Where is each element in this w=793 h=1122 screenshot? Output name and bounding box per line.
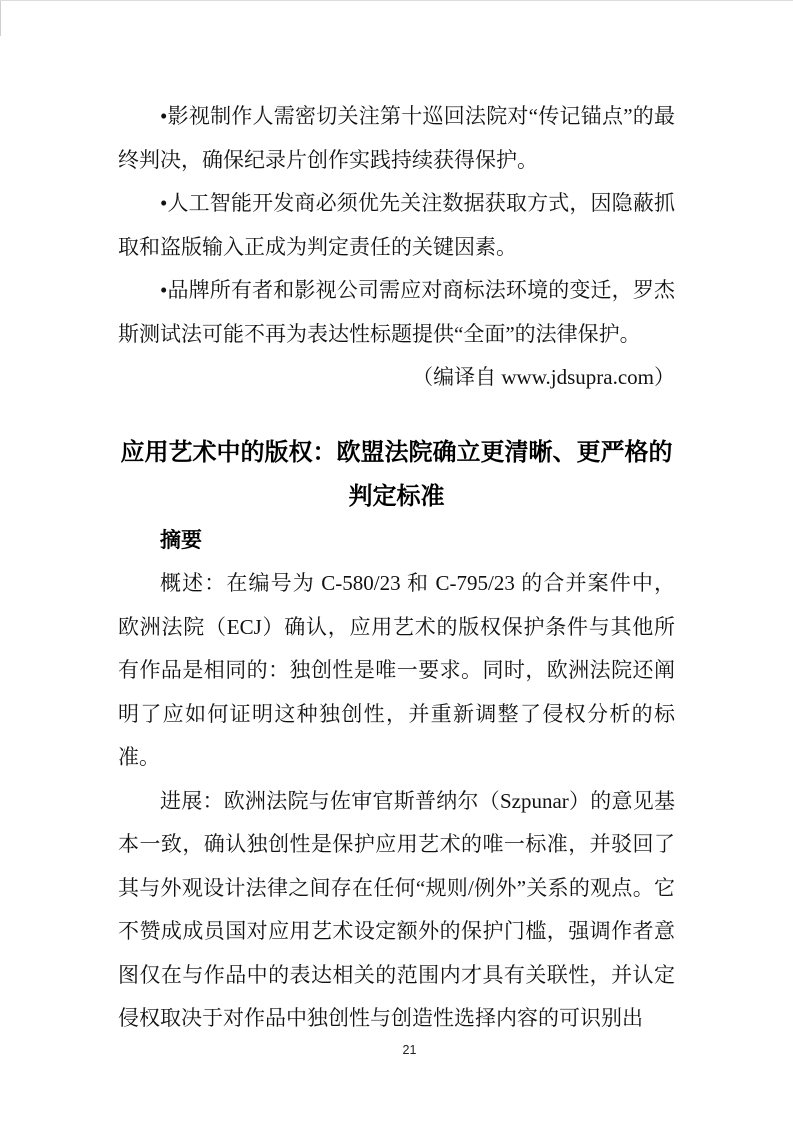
bullet-item-film-producers: •影视制作人需密切关注第十巡回法院对“传记锚点”的最终判决，确保纪录片创作实践持… xyxy=(118,95,675,182)
bullet-item-ai-developers: •人工智能开发商必须优先关注数据获取方式，因隐蔽抓取和盗版输入正成为判定责任的关… xyxy=(118,182,675,269)
source-attribution: （编译自 www.jdsupra.com） xyxy=(118,356,675,400)
page-content: •影视制作人需密切关注第十巡回法院对“传记锚点”的最终判决，确保纪录片创作实践持… xyxy=(118,95,675,1041)
page-number: 21 xyxy=(0,1042,793,1058)
article-title: 应用艺术中的版权：欧盟法院确立更清晰、更严格的判定标准 xyxy=(118,431,675,519)
bullet-item-brand-owners: •品牌所有者和影视公司需应对商标法环境的变迁，罗杰斯测试法可能不再为表达性标题提… xyxy=(118,269,675,356)
paragraph-progress: 进展：欧洲法院与佐审官斯普纳尔（Szpunar）的意见基本一致，确认独创性是保护… xyxy=(118,780,675,1041)
document-page: •影视制作人需密切关注第十巡回法院对“传记锚点”的最终判决，确保纪录片创作实践持… xyxy=(0,0,793,1122)
section-heading-abstract: 摘要 xyxy=(118,519,675,563)
paragraph-overview: 概述：在编号为 C-580/23 和 C-795/23 的合并案件中，欧洲法院（… xyxy=(118,562,675,780)
